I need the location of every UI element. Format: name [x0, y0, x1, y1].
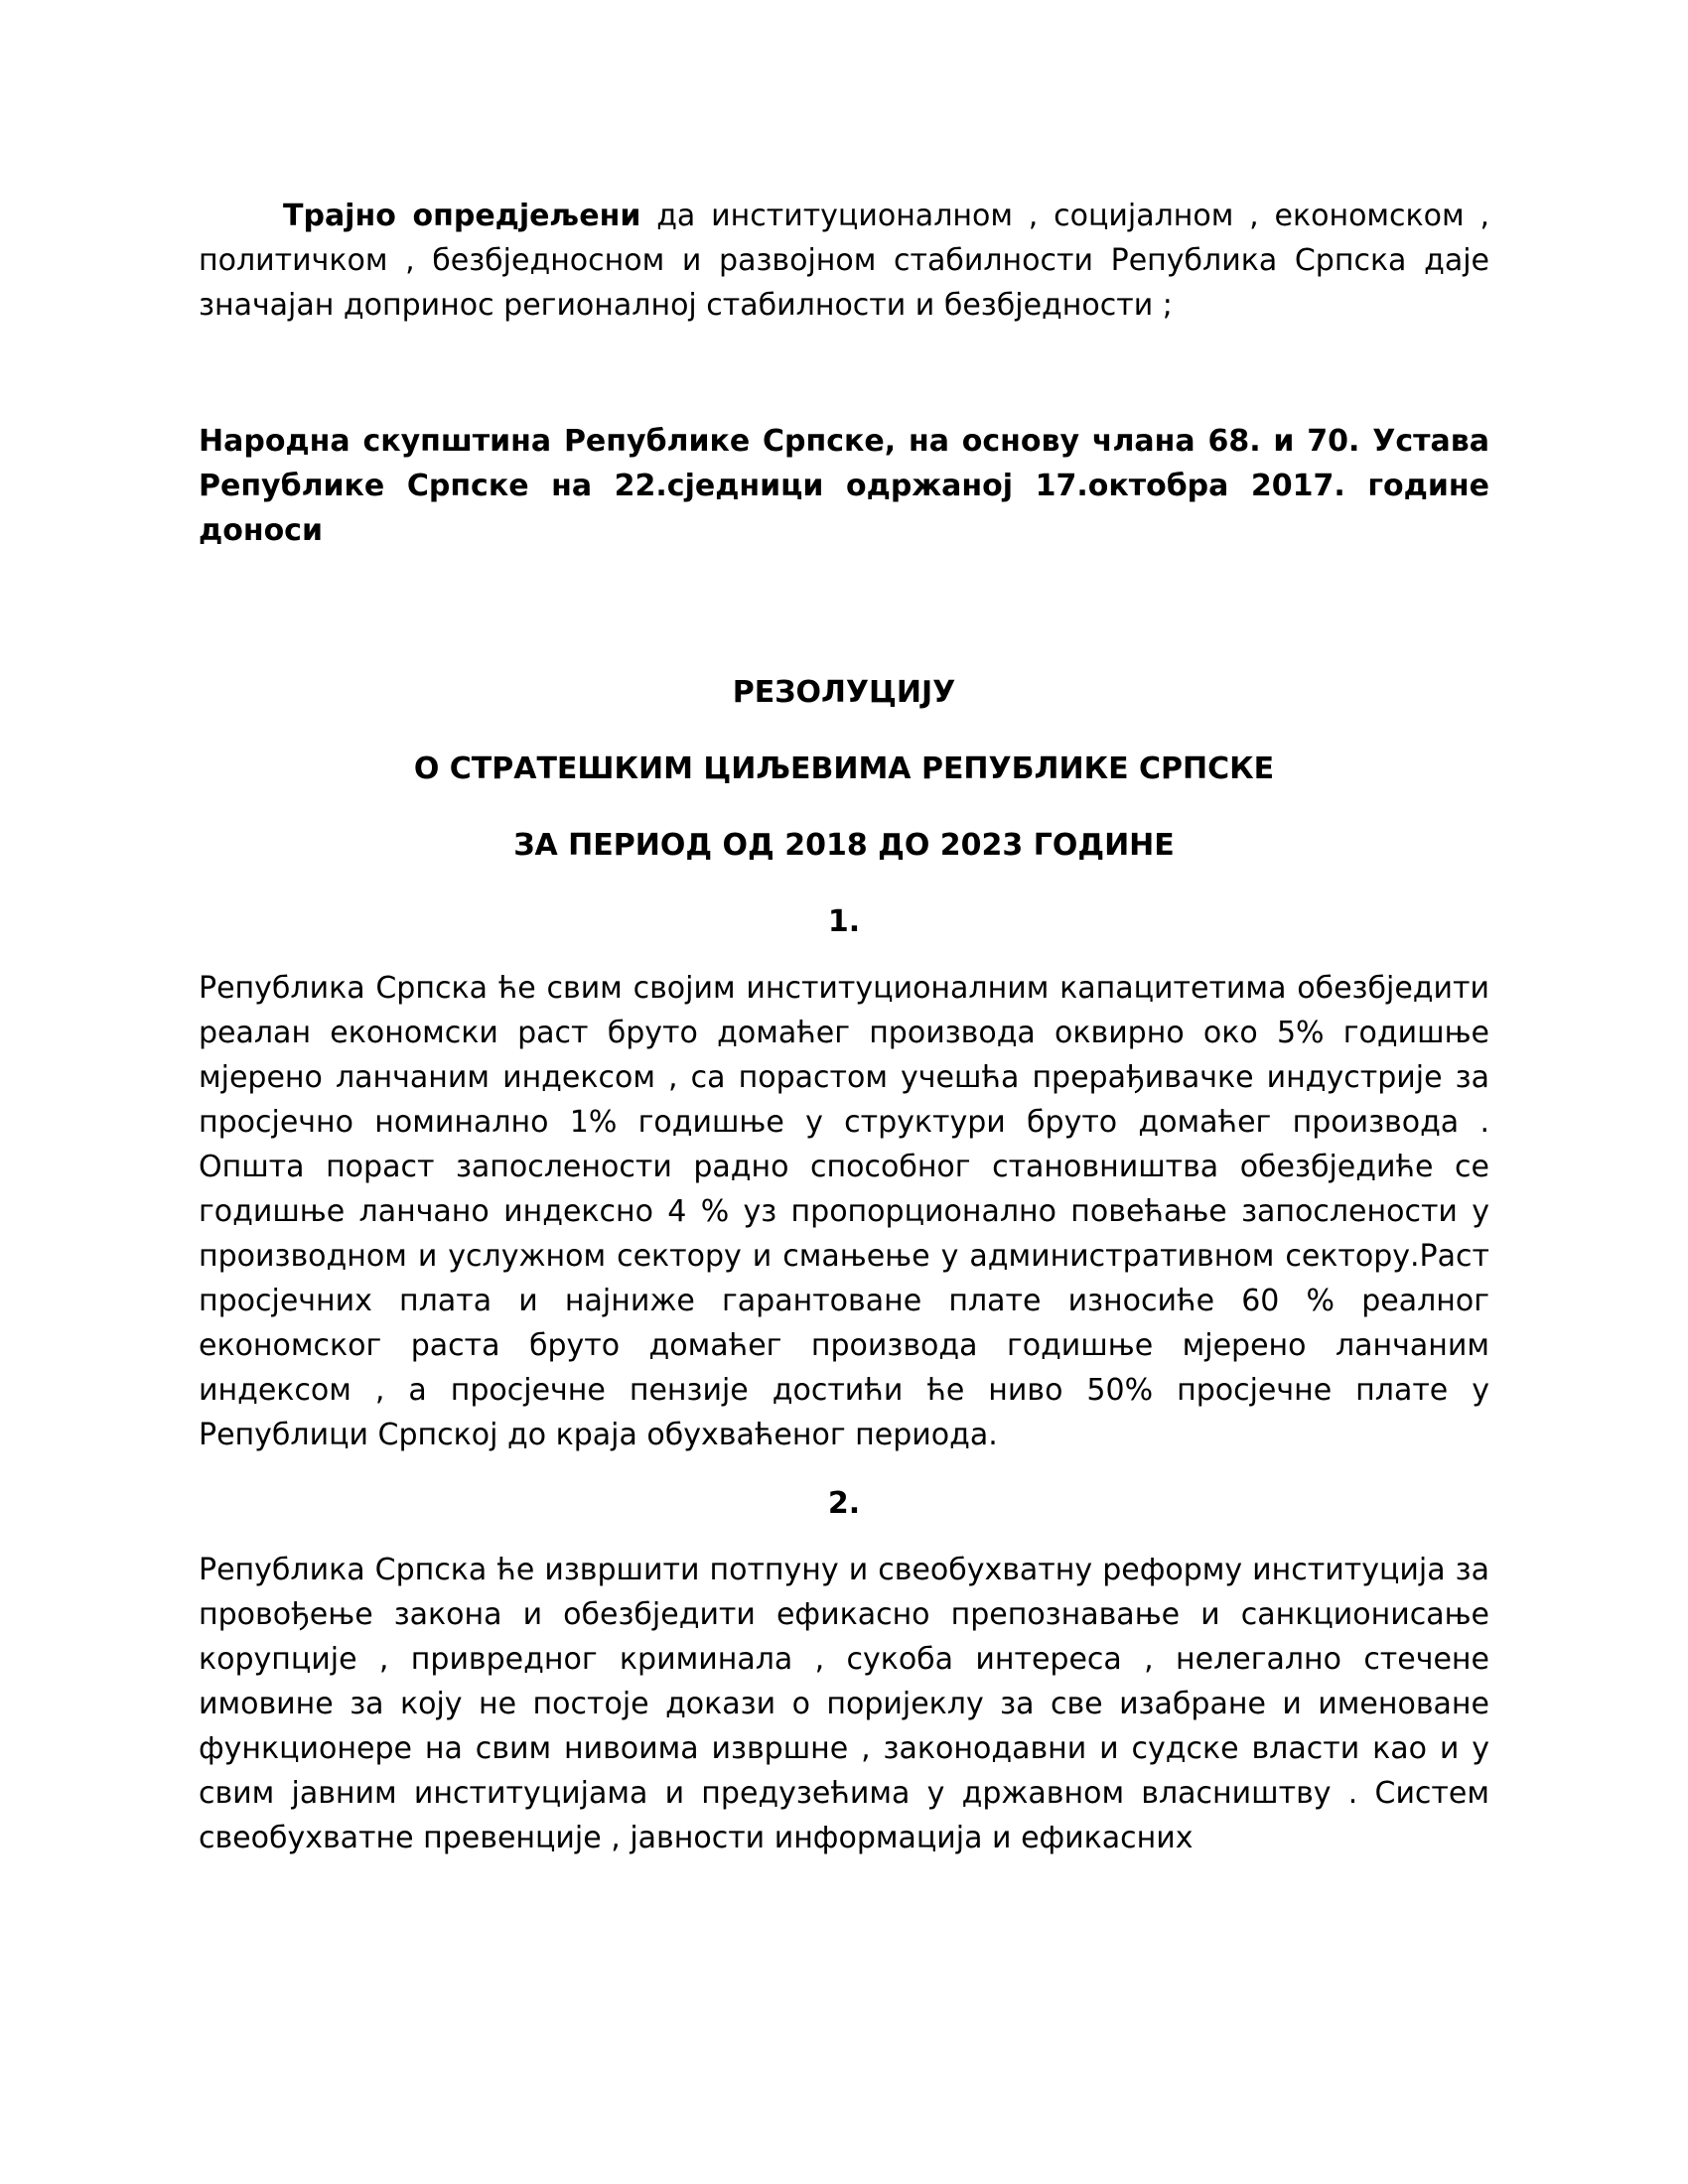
section-2-text: Република Српска ће извршити потпуну и с…: [199, 1548, 1489, 1860]
section-2-number: 2.: [199, 1481, 1489, 1526]
preamble-paragraph: Народна скупштина Републике Српске, на о…: [199, 419, 1489, 553]
section-1-number: 1.: [199, 899, 1489, 944]
intro-paragraph: Трајно опредјељени да институционалном ,…: [199, 194, 1489, 328]
section-1-text: Република Српска ће свим својим институц…: [199, 966, 1489, 1457]
resolution-title: РЕЗОЛУЦИЈУ: [199, 670, 1489, 715]
resolution-period: ЗА ПЕРИОД ОД 2018 ДО 2023 ГОДИНЕ: [199, 823, 1489, 868]
document-page: Трајно опредјељени да институционалном ,…: [0, 0, 1688, 2184]
intro-lead-bold: Трајно опредјељени: [283, 199, 640, 233]
resolution-subtitle: О СТРАТЕШКИМ ЦИЉЕВИМА РЕПУБЛИКЕ СРПСКЕ: [199, 747, 1489, 791]
